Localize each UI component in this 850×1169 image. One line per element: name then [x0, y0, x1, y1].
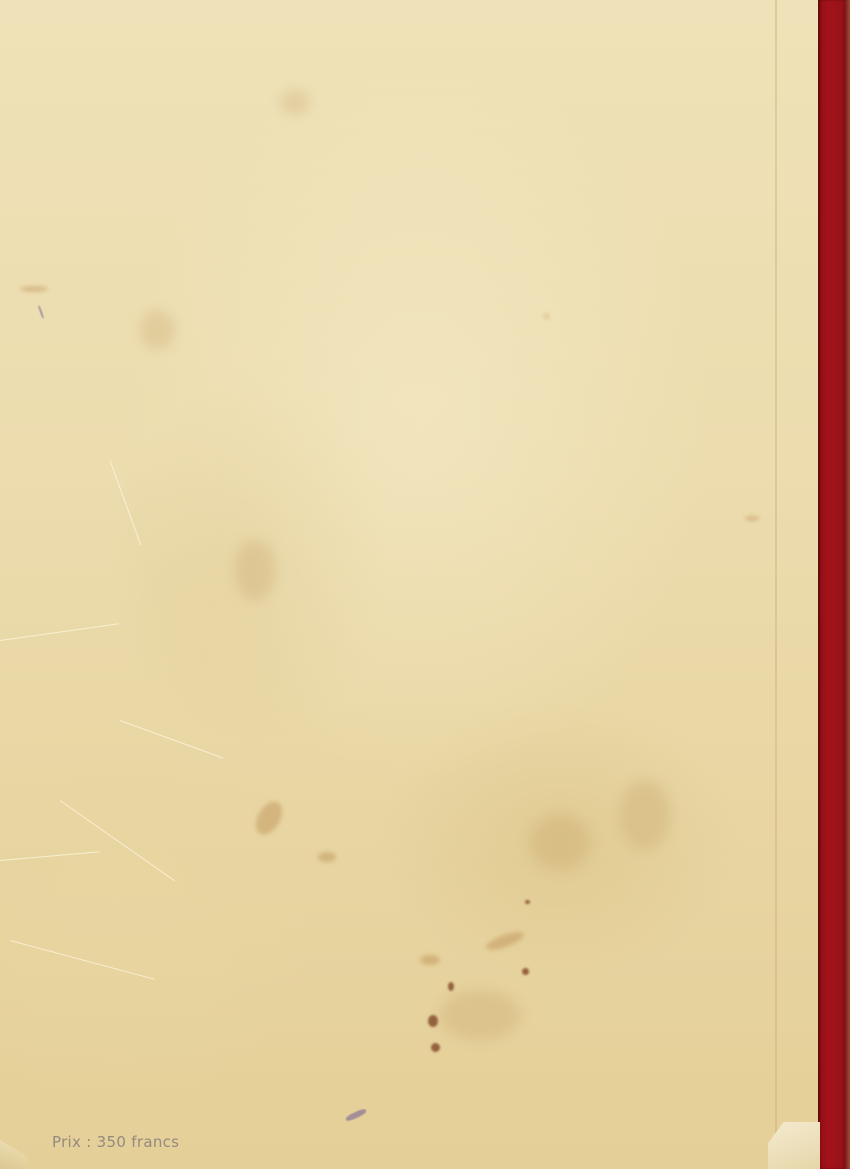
dark-stain	[428, 1015, 438, 1027]
paper-crease	[10, 940, 155, 980]
water-stain	[280, 90, 310, 115]
paper-crease	[110, 460, 142, 545]
spine-edge	[844, 0, 850, 1169]
rust-mark	[745, 516, 759, 521]
water-stain	[140, 310, 175, 350]
ink-mark	[38, 305, 45, 319]
dark-stain	[525, 900, 530, 904]
dark-stain	[522, 968, 529, 975]
dark-stain	[431, 1043, 440, 1052]
water-stain	[440, 990, 520, 1040]
rust-mark	[20, 286, 48, 292]
water-stain	[530, 815, 590, 870]
paper-crease	[0, 623, 119, 641]
aged-paper-surface: Prix : 350 francs	[0, 0, 818, 1169]
rust-mark	[544, 314, 549, 319]
paper-crease	[60, 800, 175, 881]
rust-mark	[318, 852, 336, 862]
rust-mark	[484, 929, 526, 954]
price-label: Prix : 350 francs	[52, 1133, 179, 1151]
rust-mark	[250, 797, 287, 839]
dark-stain	[448, 982, 454, 991]
cover-hinge-line	[775, 0, 777, 1169]
rust-mark	[420, 955, 440, 965]
paper-crease	[0, 851, 100, 861]
book-back-cover: Prix : 350 francs	[0, 0, 850, 1169]
water-stain	[235, 540, 275, 600]
paper-crease	[120, 720, 224, 759]
water-stain	[620, 780, 670, 850]
ink-mark	[345, 1108, 367, 1123]
